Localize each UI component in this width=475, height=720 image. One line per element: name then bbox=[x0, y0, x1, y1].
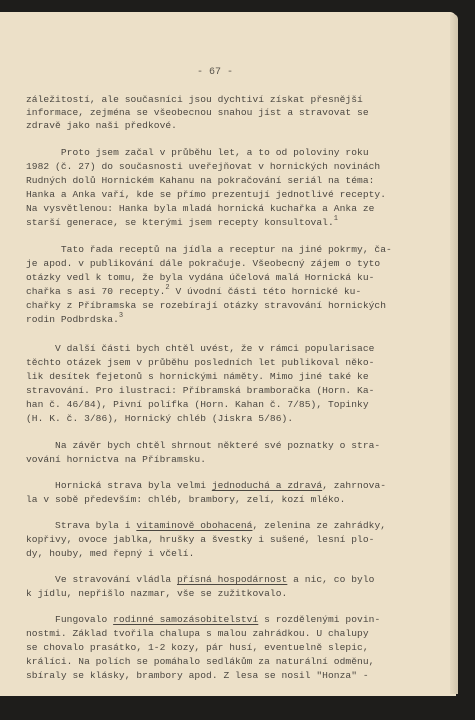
text-span: , zelenina ze zahrádky, bbox=[253, 520, 387, 531]
text-line: V další části bych chtěl uvést, že v rám… bbox=[26, 342, 374, 355]
text-line: je apod. v publikování dále pokračuje. V… bbox=[26, 257, 380, 270]
text-line: dy, houby, med řepný i včelí. bbox=[26, 547, 194, 560]
text-line: k jídlu, nepřišlo nazmar, vše se zužitko… bbox=[26, 587, 287, 600]
text-line: Rudných dolů Hornickém Kahanu na pokračo… bbox=[26, 174, 374, 187]
text-span: V úvodní části této hornické ku- bbox=[170, 286, 362, 297]
text-line: Hanka a Anka vaří, kde se přímo prezentu… bbox=[26, 188, 386, 201]
text-line: stravování. Pro ilustraci: Příbramská br… bbox=[26, 384, 374, 397]
text-span: Hornická strava byla velmi bbox=[26, 480, 212, 491]
text-line: la v sobě především: chléb, brambory, ze… bbox=[26, 493, 345, 506]
footnote-ref: 3 bbox=[119, 312, 123, 320]
text-span: , zahrnova- bbox=[322, 480, 386, 491]
text-span: Strava byla i bbox=[26, 520, 136, 531]
text-line: chařka s asi 70 recepty.2 V úvodní části… bbox=[26, 285, 361, 298]
text-line: 1982 (č. 27) do současnosti uveřejňovat … bbox=[26, 160, 380, 173]
text-line: králíci. Na polích se pomáhalo sedlákům … bbox=[26, 655, 374, 668]
text-line: Na vysvětlenou: Hanka byla mladá hornick… bbox=[26, 202, 374, 215]
text-line: informace, zejména se všeobecnou snahou … bbox=[26, 106, 369, 119]
page-edge bbox=[450, 14, 458, 694]
text-line: sbíraly se klásky, brambory apod. Z lesa… bbox=[26, 669, 369, 682]
text-line: starší generace, se kterými jsem recepty… bbox=[26, 216, 338, 229]
underlined-phrase: rodinné samozásobitelství bbox=[113, 614, 258, 625]
text-line: kopřivy, ovoce jablka, hrušky a švestky … bbox=[26, 533, 374, 546]
underlined-phrase: jednoduchá a zdravá bbox=[212, 480, 322, 491]
text-line: rodin Podbrdska.3 bbox=[26, 313, 123, 326]
page-number: - 67 - bbox=[197, 67, 233, 78]
text-line: zdravě jako naši předkové. bbox=[26, 119, 177, 132]
footnote-ref: 1 bbox=[334, 215, 338, 223]
text-span: starší generace, se kterými jsem recepty… bbox=[26, 217, 334, 228]
text-line: se chovalo prasátko, 1-2 kozy, pár husí,… bbox=[26, 641, 369, 654]
text-line: vování hornictva na Příbramsku. bbox=[26, 453, 206, 466]
text-line: lik desítek fejetonů s hornickými náměty… bbox=[26, 370, 369, 383]
text-line: Proto jsem začal v průběhu let, a to od … bbox=[26, 146, 369, 159]
text-span: s rozdělenými povin- bbox=[258, 614, 380, 625]
text-line: Na závěr bych chtěl shrnout některé své … bbox=[26, 439, 380, 452]
text-line: Tato řada receptů na jídla a receptur na… bbox=[26, 243, 392, 256]
text-line: Ve stravování vládla přísná hospodárnost… bbox=[26, 573, 374, 586]
text-line: Strava byla i vitaminově obohacená, zele… bbox=[26, 519, 386, 532]
text-line: chařky z Příbramska se rozebírají otázky… bbox=[26, 299, 386, 312]
text-span: rodin Podbrdska. bbox=[26, 314, 119, 325]
underlined-phrase: vitaminově obohacená bbox=[136, 520, 252, 531]
text-line: záležitostí, ale současníci jsou dychtiv… bbox=[26, 93, 363, 106]
text-span: chařka s asi 70 recepty. bbox=[26, 286, 165, 297]
text-line: otázky vedl k tomu, že byla vydána účelo… bbox=[26, 271, 374, 284]
text-line: Fungovalo rodinné samozásobitelství s ro… bbox=[26, 613, 380, 626]
text-line: nostmi. Základ tvořila chalupa s malou z… bbox=[26, 627, 369, 640]
text-line: han č. 46/84), Pivní polífka (Horn. Kaha… bbox=[26, 398, 369, 411]
text-line: těchto otázek jsem v průběhu posledních … bbox=[26, 356, 374, 369]
text-span: Ve stravování vládla bbox=[26, 574, 177, 585]
text-span: a nic, co bylo bbox=[287, 574, 374, 585]
text-span: Fungovalo bbox=[26, 614, 113, 625]
text-line: (H. K. č. 3/86), Hornický chléb (Jiskra … bbox=[26, 412, 293, 425]
underlined-phrase: přísná hospodárnost bbox=[177, 574, 287, 585]
text-line: Hornická strava byla velmi jednoduchá a … bbox=[26, 479, 386, 492]
